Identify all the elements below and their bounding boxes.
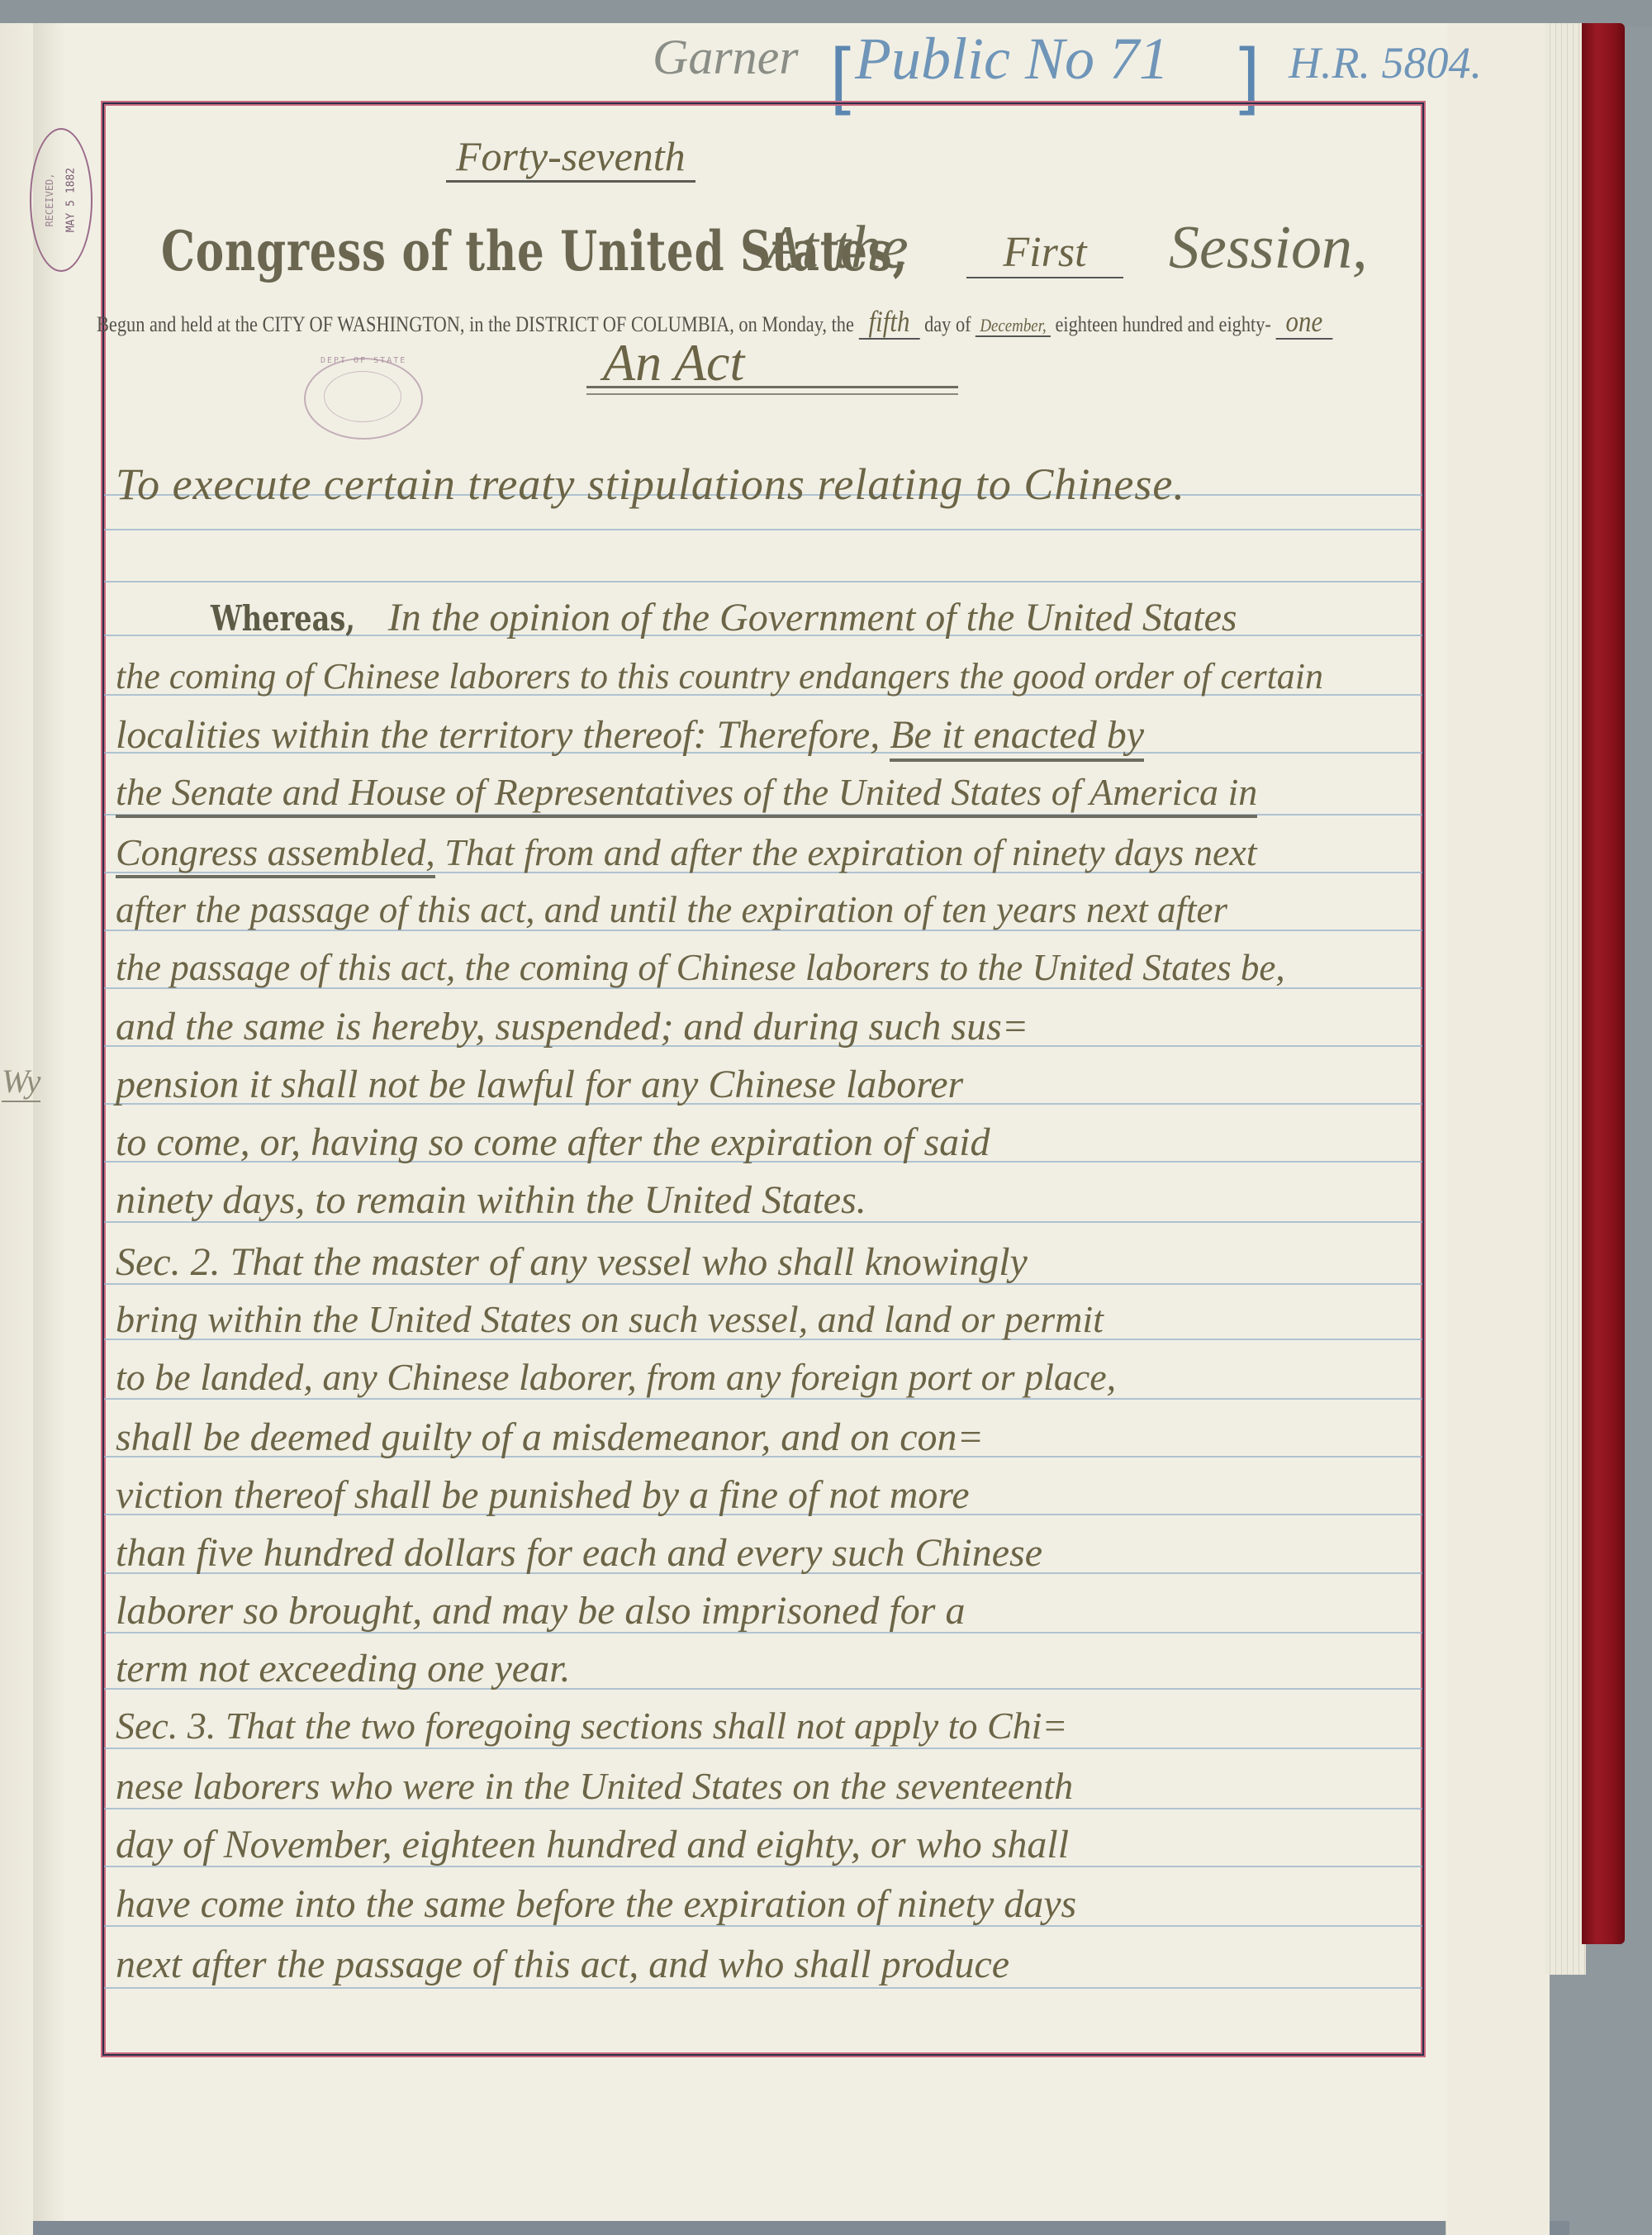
left-facing-page-edge [0, 23, 33, 2235]
section-3-line-1: Sec. 3. That the two foregoing sections … [116, 1704, 1067, 1748]
month-fill: December, [976, 315, 1051, 337]
body-line-4: the Senate and House of Representatives … [116, 770, 1257, 814]
body-line-5: Congress assembled, That from and after … [116, 830, 1257, 874]
body-line-7: the passage of this act, the coming of C… [116, 946, 1285, 989]
whereas-label: Whereas, [211, 598, 355, 639]
bill-number: H.R. 5804. [1289, 37, 1482, 88]
section-3-line-2: nese laborers who were in the United Sta… [116, 1764, 1073, 1808]
section-2-line-6: than five hundred dollars for each and e… [116, 1530, 1042, 1576]
section-2-line-2: bring within the United States on such v… [116, 1297, 1104, 1341]
seal-label: DEPT OF STATE [320, 356, 406, 365]
page-stack-edge [1445, 23, 1550, 2235]
section-2-line-4: shall be deemed guilty of a misdemeanor,… [116, 1415, 984, 1460]
pencil-annotation-name: Garner [653, 29, 799, 86]
body-line-10: to come, or, having so come after the ex… [116, 1120, 990, 1165]
act-heading-rule [586, 386, 958, 395]
day-fill: fifth [859, 305, 920, 340]
body-line-8: and the same is hereby, suspended; and d… [116, 1004, 1028, 1049]
at-the-label: At the [764, 213, 909, 283]
body-line-3: localities within the territory thereof:… [116, 712, 1144, 758]
section-2-line-3: to be landed, any Chinese laborer, from … [116, 1355, 1116, 1399]
section-2-line-8: term not exceeding one year. [116, 1646, 570, 1691]
section-3-line-3: day of November, eighteen hundred and ei… [116, 1822, 1069, 1867]
page-edges [1545, 23, 1586, 1975]
section-2-line-5: viction thereof shall be punished by a f… [116, 1472, 970, 1518]
year-prefix: eighteen hundred and eighty- [1055, 312, 1270, 336]
session-label: Session, [1169, 213, 1368, 283]
year-fill: one [1275, 305, 1332, 340]
act-heading: An Act [603, 332, 744, 393]
stamp-received-date: MAY 5 1882 [65, 168, 78, 232]
department-seal-stamp: DEPT OF STATE [304, 358, 423, 440]
gutter-shadow [33, 23, 66, 2221]
enacting-clause: Be it enacted by [890, 713, 1144, 762]
margin-note: Wy [2, 1062, 40, 1102]
section-3-line-4: have come into the same before the expir… [116, 1881, 1076, 1927]
public-number: Public No 71 [855, 25, 1169, 93]
section-2-line-7: laborer so brought, and may be also impr… [116, 1588, 965, 1633]
body-line-11: ninety days, to remain within the United… [116, 1177, 866, 1223]
session-number: First [966, 228, 1123, 278]
section-3-line-5: next after the passage of this act, and … [116, 1942, 1009, 1987]
body-line-9: pension it shall not be lawful for any C… [116, 1062, 963, 1107]
section-2-line-1: Sec. 2. That the master of any vessel wh… [116, 1239, 1028, 1285]
body-line-6: after the passage of this act, and until… [116, 888, 1227, 931]
red-leather-binding [1582, 23, 1625, 1944]
congress-number: Forty-seventh [446, 132, 695, 183]
body-line-1: Whereas, In the opinion of the Governmen… [211, 595, 1237, 640]
received-stamp: RECEIVED, MAY 5 1882 [30, 128, 93, 272]
stamp-received-label: RECEIVED, [44, 173, 55, 226]
body-line-2: the coming of Chinese laborers to this c… [116, 655, 1323, 697]
day-of-label: day of [924, 312, 971, 336]
act-title: To execute certain treaty stipulations r… [116, 459, 1185, 510]
bottom-background-strip [0, 2221, 1569, 2235]
